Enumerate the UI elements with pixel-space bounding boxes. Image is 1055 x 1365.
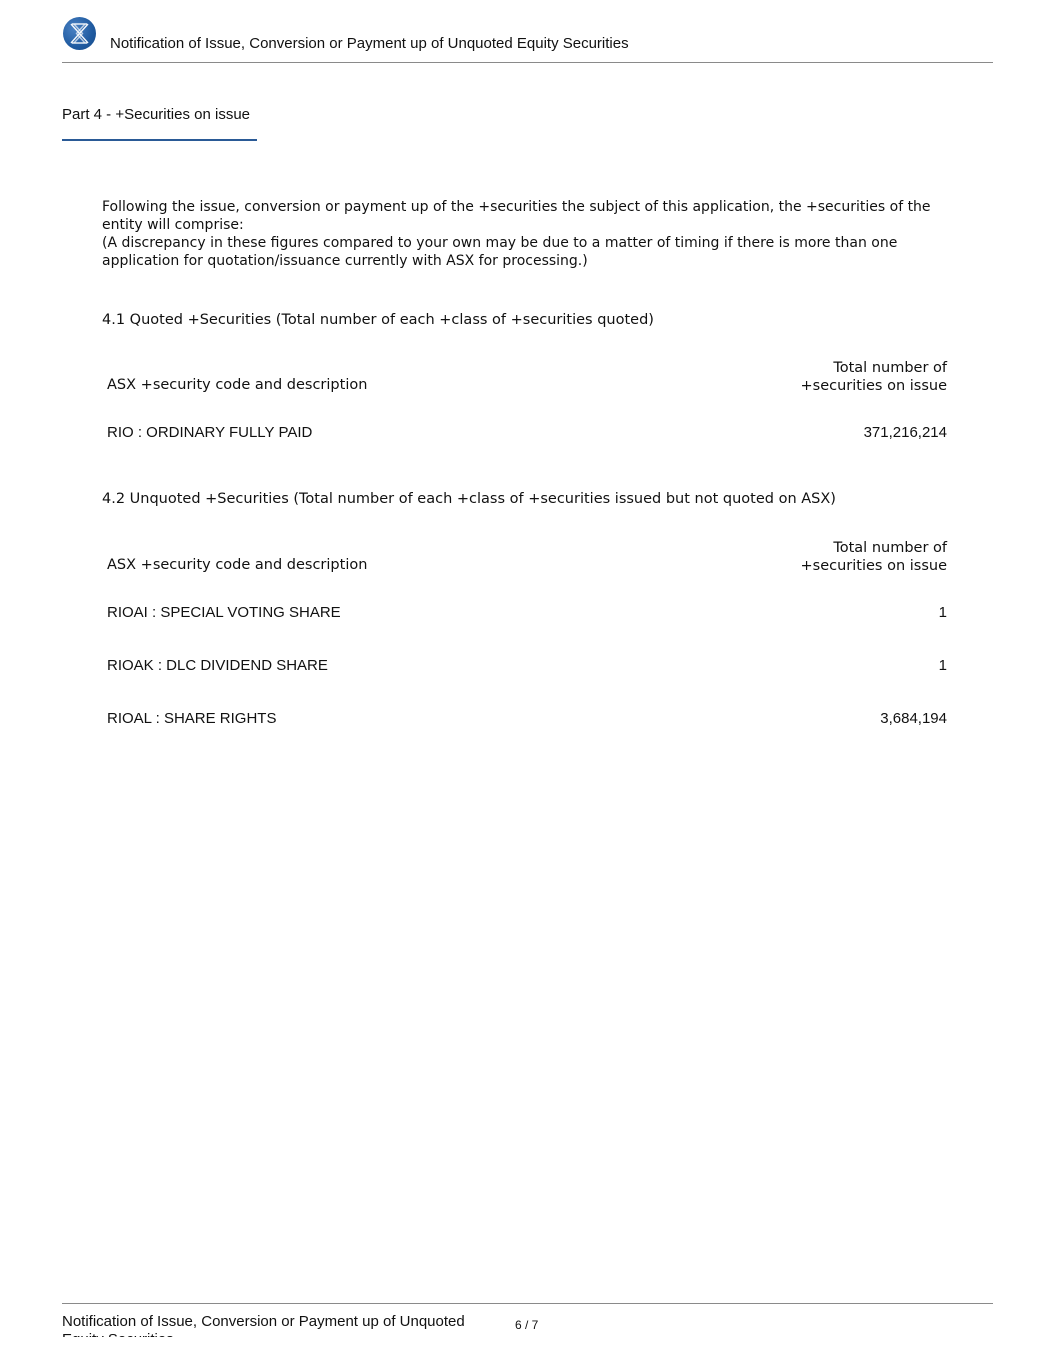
intro-note: (A discrepancy in these figures compared… — [102, 234, 952, 270]
security-total: 371,216,214 — [864, 424, 947, 441]
column-header-description: ASX +security code and description — [107, 377, 367, 393]
security-description: RIOAI : SPECIAL VOTING SHARE — [107, 604, 341, 621]
column-header-total-line1: Total number of — [801, 359, 948, 377]
column-header-total: Total number of +securities on issue — [801, 359, 948, 395]
page-header: Notification of Issue, Conversion or Pay… — [62, 14, 993, 63]
security-total: 3,684,194 — [880, 710, 947, 727]
column-header-description: ASX +security code and description — [107, 557, 367, 573]
footer-document-title: Notification of Issue, Conversion or Pay… — [62, 1313, 492, 1337]
security-total: 1 — [939, 604, 947, 621]
table-row: RIOAK : DLC DIVIDEND SHARE 1 — [107, 657, 947, 677]
unquoted-section-title: 4.2 Unquoted +Securities (Total number o… — [102, 491, 836, 507]
table-row: RIOAL : SHARE RIGHTS 3,684,194 — [107, 710, 947, 730]
footer-divider — [62, 1303, 993, 1304]
part-title-underline — [62, 139, 257, 141]
quoted-section-title: 4.1 Quoted +Securities (Total number of … — [102, 312, 654, 328]
column-header-total-line2: +securities on issue — [801, 557, 948, 575]
column-header-total-line2: +securities on issue — [801, 377, 948, 395]
asx-logo-icon — [63, 17, 96, 50]
table-row: RIOAI : SPECIAL VOTING SHARE 1 — [107, 604, 947, 624]
security-total: 1 — [939, 657, 947, 674]
document-title: Notification of Issue, Conversion or Pay… — [110, 35, 629, 52]
column-header-total-line1: Total number of — [801, 539, 948, 557]
part-title: Part 4 - +Securities on issue — [62, 106, 250, 123]
column-header-total: Total number of +securities on issue — [801, 539, 948, 575]
security-description: RIOAL : SHARE RIGHTS — [107, 710, 276, 727]
intro-text: Following the issue, conversion or payme… — [102, 198, 952, 270]
intro-paragraph: Following the issue, conversion or payme… — [102, 198, 952, 234]
security-description: RIO : ORDINARY FULLY PAID — [107, 424, 312, 441]
security-description: RIOAK : DLC DIVIDEND SHARE — [107, 657, 328, 674]
table-row: RIO : ORDINARY FULLY PAID 371,216,214 — [107, 424, 947, 444]
page-number: 6 / 7 — [515, 1318, 538, 1332]
